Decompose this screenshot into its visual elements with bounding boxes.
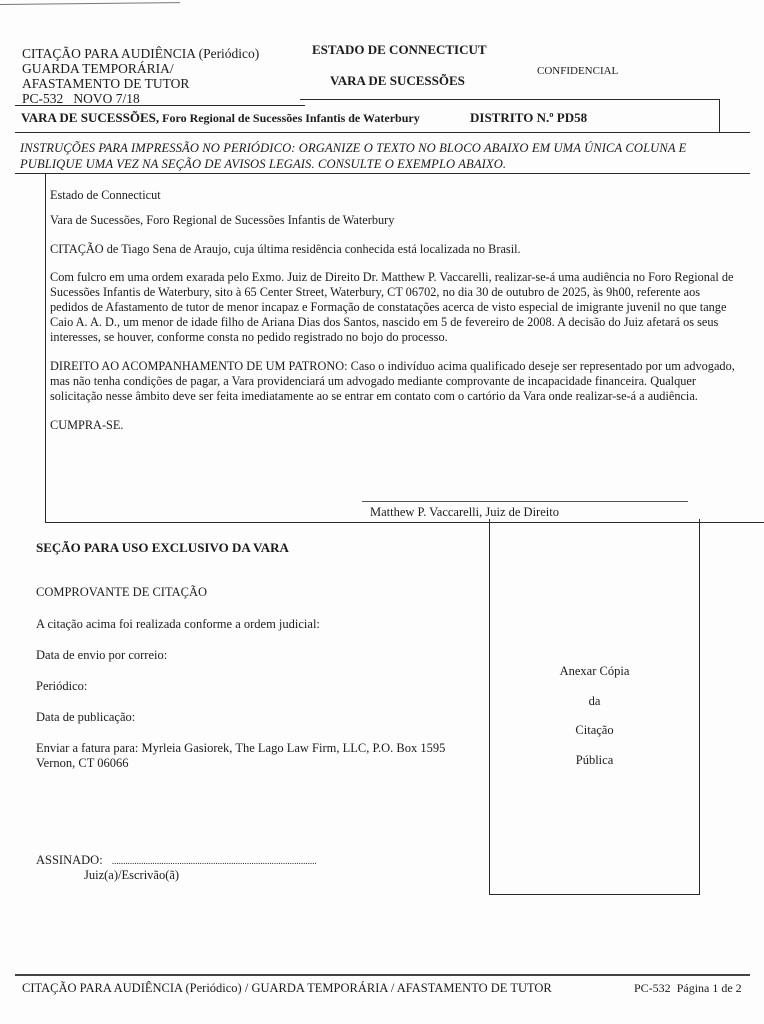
instructions-rule <box>15 173 750 174</box>
printing-instructions: INSTRUÇÕES PARA IMPRESSÃO NO PERIÓDICO: … <box>20 140 750 172</box>
notice-counsel-right: DIREITO AO ACOMPANHAMENTO DE UM PATRONO:… <box>50 359 740 404</box>
notice-state: Estado de Connecticut <box>50 188 740 203</box>
court-use-title: SEÇÃO PARA USO EXCLUSIVO DA VARA <box>36 540 289 556</box>
bill-to-line: Enviar a fatura para: Myrleia Gasiorek, … <box>36 741 445 755</box>
form-title-line: CITAÇÃO PARA AUDIÊNCIA (Periódico) <box>22 46 259 61</box>
proof-of-service: COMPROVANTE DE CITAÇÃO A citação acima f… <box>36 585 486 771</box>
bill-to: Enviar a fatura para: Myrleia Gasiorek, … <box>36 741 486 771</box>
notice-box-left <box>45 173 46 523</box>
notice-court: Vara de Sucessões, Foro Regional de Suce… <box>50 213 740 228</box>
form-number: PC-532 NOVO 7/18 <box>22 91 259 106</box>
judge-signature-name: Matthew P. Vaccarelli, Juiz de Direito <box>370 505 559 520</box>
notice-closing: CUMPRA-SE. <box>50 418 740 433</box>
attach-line: Anexar Cópia <box>490 657 699 687</box>
signed-label: ASSINADO: <box>36 853 103 867</box>
attach-line: Pública <box>490 746 699 776</box>
form-title-line: GUARDA TEMPORÁRIA/ <box>22 61 259 76</box>
notice-citation: CITAÇÃO de Tiago Sena de Araujo, cuja úl… <box>50 242 740 257</box>
form-title: CITAÇÃO PARA AUDIÊNCIA (Periódico) GUARD… <box>22 46 259 106</box>
signer-role: Juiz(a)/Escrivão(ã) <box>84 868 179 883</box>
state-heading: ESTADO DE CONNECTICUT <box>312 42 487 58</box>
publication-date-field[interactable]: Data de publicação: <box>36 710 486 725</box>
footer-page-info: PC-532 Página 1 de 2 <box>634 981 742 996</box>
header-box-top <box>300 99 720 100</box>
court-line-rule <box>15 132 750 133</box>
attach-copy-box: Anexar Cópia da Citação Pública <box>489 519 700 895</box>
header-rule <box>15 105 305 106</box>
footer-title: CITAÇÃO PARA AUDIÊNCIA (Periódico) / GUA… <box>22 981 552 996</box>
footer-rule <box>15 974 750 976</box>
signed-field[interactable]: ASSINADO: ..............................… <box>36 853 317 868</box>
header-box-right <box>719 99 720 132</box>
confidential-label: CONFIDENCIAL <box>537 65 618 77</box>
signature-line <box>362 501 688 502</box>
proof-title: COMPROVANTE DE CITAÇÃO <box>36 585 486 600</box>
form-title-line: AFASTAMENTO DE TUTOR <box>22 76 259 91</box>
page-number: Página 1 de 2 <box>677 981 742 995</box>
footer-form-number: PC-532 <box>634 981 671 995</box>
attach-line: da <box>490 687 699 717</box>
attach-line: Citação <box>490 716 699 746</box>
bill-to-address: Vernon, CT 06066 <box>36 756 128 770</box>
signed-dots: ........................................… <box>112 856 317 866</box>
attach-copy-text: Anexar Cópia da Citação Pública <box>490 657 699 775</box>
scan-edge-line <box>0 2 180 5</box>
notice-body: Com fulcro em uma ordem exarada pelo Exm… <box>50 270 740 345</box>
court-location: Foro Regional de Sucessões Infantis de W… <box>159 111 420 125</box>
district-number: DISTRITO N.º PD58 <box>470 110 587 126</box>
newspaper-field[interactable]: Periódico: <box>36 679 486 694</box>
proof-statement: A citação acima foi realizada conforme a… <box>36 617 486 632</box>
court-heading: VARA DE SUCESSÕES <box>330 73 465 89</box>
legal-notice: Estado de Connecticut Vara de Sucessões,… <box>50 188 740 443</box>
mail-date-field[interactable]: Data de envio por correio: <box>36 648 486 663</box>
court-name: VARA DE SUCESSÕES, <box>21 110 159 125</box>
court-location-line: VARA DE SUCESSÕES, Foro Regional de Suce… <box>21 110 420 126</box>
